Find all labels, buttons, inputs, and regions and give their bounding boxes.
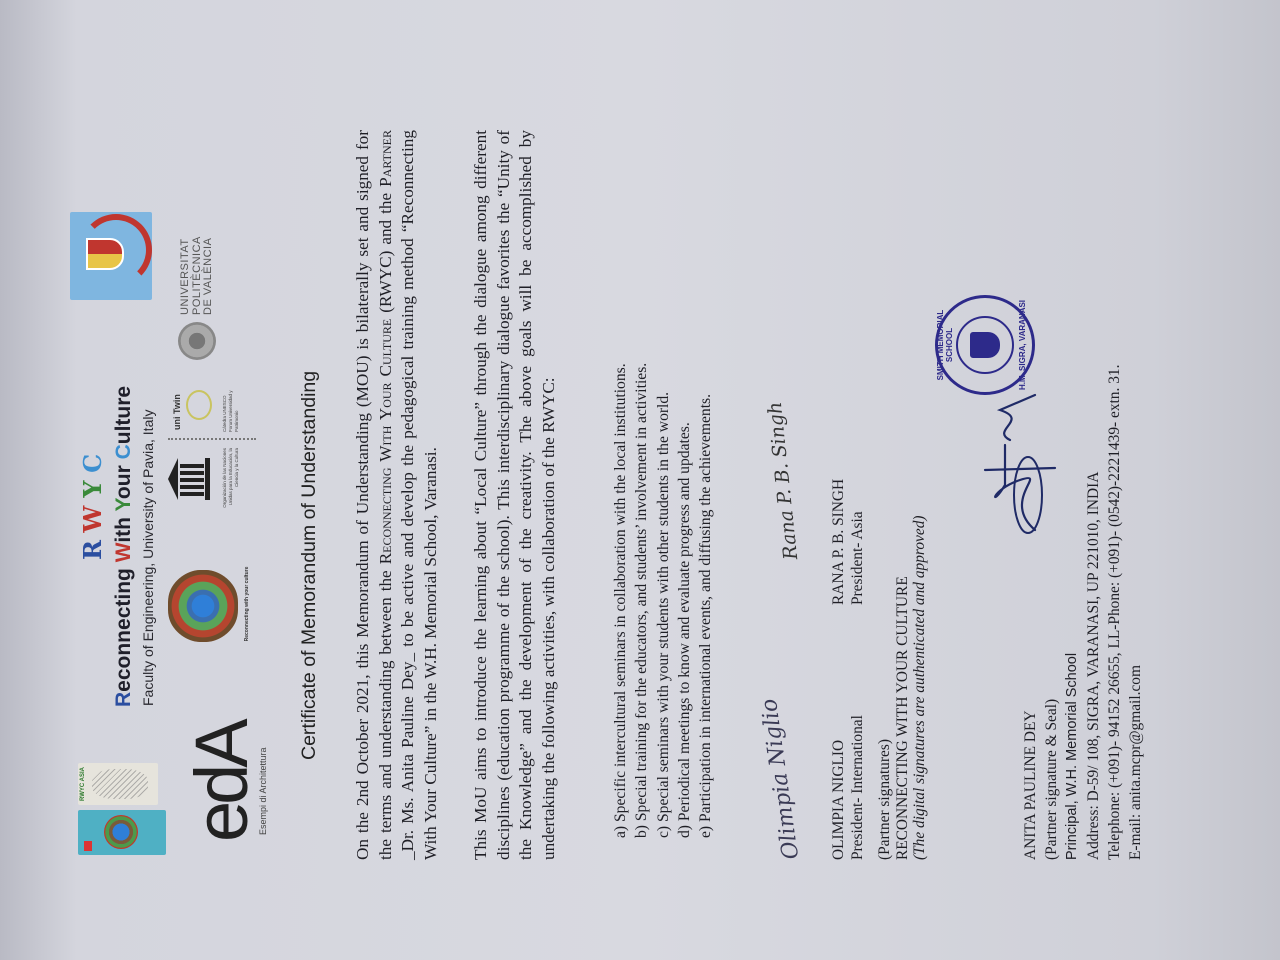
title-initial-r: R <box>112 692 135 707</box>
signatory-asia: RANA P. B. SINGH President- Asia <box>830 479 867 605</box>
mou-certificate-page: RWYC ASIA edA Esempi di Architettura RWY… <box>0 0 1280 960</box>
rwyc-asia-logo: RWYC ASIA <box>78 763 158 805</box>
seal-emblem-icon <box>970 332 1000 358</box>
list-item: b) Special training for the educators, a… <box>631 118 652 838</box>
title-part: our <box>112 459 135 499</box>
upv-seal-icon <box>178 322 216 360</box>
unitwin-label: uni Twin <box>172 394 182 430</box>
seal-top-text: SMITH MEMORIAL SCHOOL <box>936 298 954 392</box>
unesco-caption: Organización de las Naciones Unidas para… <box>222 448 240 510</box>
title-part: econnecting <box>112 562 135 692</box>
shield-icon <box>86 238 124 270</box>
acronym-r: R <box>78 533 107 560</box>
paragraph-text: (RWYC) and the <box>376 187 395 319</box>
partner-name: ANITA PAULINE DEY <box>1020 365 1041 860</box>
partner-contact-block: ANITA PAULINE DEY (Partner signature & S… <box>1020 365 1146 860</box>
upv-line: DE VALÈNCIA <box>203 236 215 315</box>
rwyc-asia-label: RWYC ASIA <box>80 763 86 805</box>
partner-title: Principal, W.H. Memorial School <box>1062 365 1083 860</box>
organization-subtitle: Faculty of Engineering, University of Pa… <box>140 410 156 706</box>
rwyc-poster-logo <box>78 810 166 855</box>
partner-organization: RECONNECTING WITH YOUR CULTURE <box>894 515 912 860</box>
unitwin-caption: Cátedra UNESCO Forum Universidad y Patri… <box>222 382 240 432</box>
signature-olimpia-niglio: Olimpia Niglio <box>757 697 804 861</box>
partner-email: E-mail: anita.mcpr@gmail.com <box>1125 365 1146 860</box>
partner-label: Partner <box>376 130 395 187</box>
acronym-c: C <box>78 446 107 473</box>
acronym-y: Y <box>78 473 107 498</box>
organization-title: Reconnecting With Your Culture <box>112 386 136 707</box>
partner-telephone: Telephone: (+091)- 94152 26655, LL-Phone… <box>1104 365 1125 860</box>
unesco-temple-icon <box>168 458 214 500</box>
school-crest-logo <box>70 212 152 300</box>
upv-logo-text: UNIVERSITAT POLITÈCNICA DE VALÈNCIA <box>180 236 215 315</box>
list-item: c) Special seminars with your students w… <box>653 118 674 838</box>
title-initial-y: Y <box>112 499 135 511</box>
mou-paragraph-2: This MoU aims to introduce the learning … <box>470 130 560 860</box>
collage-caption: Reconnecting with your culture <box>244 566 250 642</box>
partner-signatures-block: (Partner signatures) RECONNECTING WITH Y… <box>876 515 929 860</box>
partner-role-note: (Partner signature & Seal) <box>1041 365 1062 860</box>
dotted-divider <box>168 437 256 440</box>
authentication-note: (The digital signatures are authenticate… <box>911 515 929 860</box>
signatory-international: OLIMPIA NIGLIO President- International <box>830 715 867 860</box>
partner-signatures-label: (Partner signatures) <box>876 515 894 860</box>
signatory-role: President- International <box>849 715 868 860</box>
title-part: ulture <box>112 386 135 444</box>
title-initial-c: C <box>112 444 135 459</box>
flag-icon <box>84 841 92 851</box>
upv-line: UNIVERSITAT <box>180 236 192 315</box>
signatory-role: President- Asia <box>849 479 868 605</box>
culture-collage-logo <box>168 570 238 642</box>
sketch-illustration-icon <box>92 769 148 799</box>
unitwin-globe-icon <box>186 390 212 420</box>
paragraph-text: _Dr. Ms. Anita Pauline Dey_ to be active… <box>398 130 440 860</box>
signatory-name: OLIMPIA NIGLIO <box>830 715 849 860</box>
rwyc-acronym: RWYC <box>78 446 107 560</box>
certificate-title: Certificate of Memorandum of Understandi… <box>298 371 321 760</box>
organization-name: Reconnecting With Your Culture <box>376 319 395 565</box>
activities-list: a) Specific intercultural seminars in co… <box>610 118 716 838</box>
signature-rana-singh: Rana P. B. Singh <box>764 401 802 561</box>
list-item: a) Specific intercultural seminars in co… <box>610 118 631 838</box>
eda-logo: edA <box>185 722 259 842</box>
title-initial-w: W <box>112 543 135 563</box>
seal-inner-ring <box>956 316 1014 374</box>
list-item: d) Periodical meetings to know and evalu… <box>674 118 695 838</box>
list-item: e) Participation in international events… <box>695 118 716 838</box>
mou-paragraph-1: On the 2nd October 2021, this Memorandum… <box>352 130 442 860</box>
signatory-name: RANA P. B. SINGH <box>830 479 849 605</box>
eda-caption: Esempi di Architettura <box>258 747 268 835</box>
partner-address: Address: D-59/ 108, SIGRA, VARANASI, UP … <box>1083 365 1104 860</box>
acronym-w: W <box>78 498 107 533</box>
title-part: ith <box>112 512 135 543</box>
globe-collage-icon <box>104 815 138 849</box>
